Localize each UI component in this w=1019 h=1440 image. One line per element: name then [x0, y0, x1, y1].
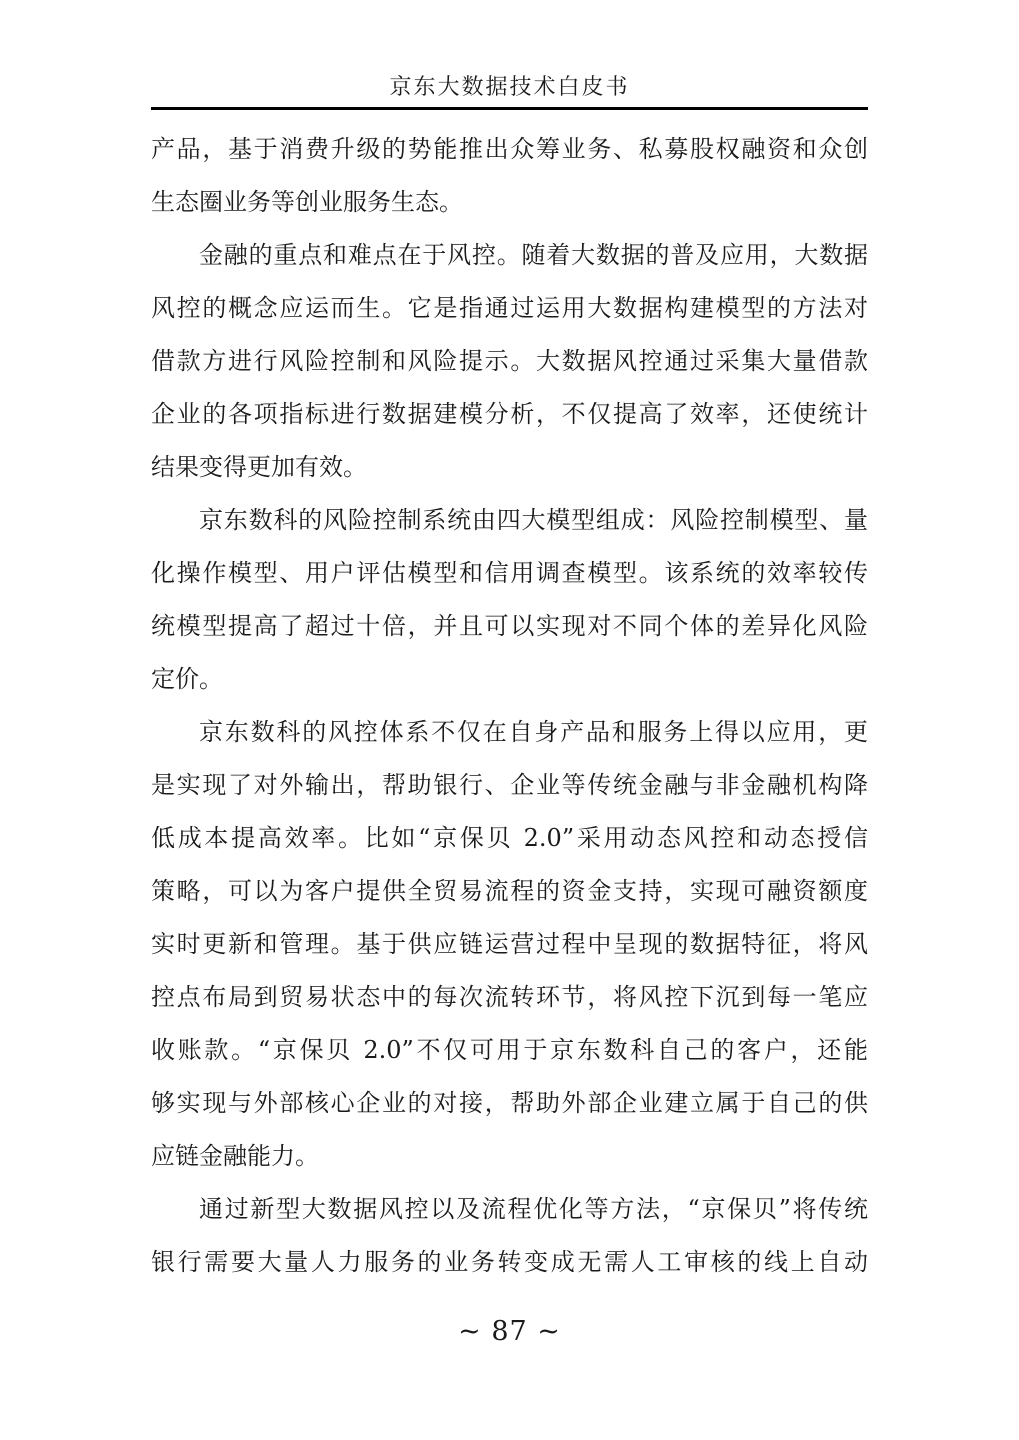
document-body: 产品，基于消费升级的势能推出众筹业务、私募股权融资和众创 生态圈业务等创业服务生… — [151, 123, 868, 1289]
text-line: 是实现了对外输出，帮助银行、企业等传统金融与非金融机构降 — [151, 759, 868, 812]
text-line: 定价。 — [151, 653, 868, 706]
paragraph: 京东数科的风险控制系统由四大模型组成：风险控制模型、量 化操作模型、用户评估模型… — [151, 494, 868, 706]
text-line: 收账款。“京保贝 2.0”不仅可用于京东数科自己的客户，还能 — [151, 1024, 868, 1077]
paragraph: 京东数科的风控体系不仅在自身产品和服务上得以应用，更 是实现了对外输出，帮助银行… — [151, 706, 868, 1183]
text-line: 统模型提高了超过十倍，并且可以实现对不同个体的差异化风险 — [151, 600, 868, 653]
text-line: 借款方进行风险控制和风险提示。大数据风控通过采集大量借款 — [151, 335, 868, 388]
header-rule — [151, 107, 868, 110]
text-line: 够实现与外部核心企业的对接，帮助外部企业建立属于自己的供 — [151, 1077, 868, 1130]
text-line: 银行需要大量人力服务的业务转变成无需人工审核的线上自动 — [151, 1236, 868, 1289]
paragraph: 金融的重点和难点在于风控。随着大数据的普及应用，大数据 风控的概念应运而生。它是… — [151, 229, 868, 494]
paragraph: 产品，基于消费升级的势能推出众筹业务、私募股权融资和众创 生态圈业务等创业服务生… — [151, 123, 868, 229]
text-line: 实时更新和管理。基于供应链运营过程中呈现的数据特征，将风 — [151, 918, 868, 971]
text-line: 低成本提高效率。比如“京保贝 2.0”采用动态风控和动态授信 — [151, 812, 868, 865]
text-line: 策略，可以为客户提供全贸易流程的资金支持，实现可融资额度 — [151, 865, 868, 918]
text-line: 京东数科的风控体系不仅在自身产品和服务上得以应用，更 — [151, 706, 868, 759]
page-footer: ~ 87 ~ — [0, 1316, 1019, 1347]
text-line: 化操作模型、用户评估模型和信用调查模型。该系统的效率较传 — [151, 547, 868, 600]
text-line: 通过新型大数据风控以及流程优化等方法，“京保贝”将传统 — [151, 1183, 868, 1236]
text-line: 风控的概念应运而生。它是指通过运用大数据构建模型的方法对 — [151, 282, 868, 335]
text-line: 控点布局到贸易状态中的每次流转环节，将风控下沉到每一笔应 — [151, 971, 868, 1024]
page-number: ~ 87 ~ — [458, 1316, 561, 1347]
text-line: 企业的各项指标进行数据建模分析，不仅提高了效率，还使统计 — [151, 388, 868, 441]
text-line: 金融的重点和难点在于风控。随着大数据的普及应用，大数据 — [151, 229, 868, 282]
paragraph: 通过新型大数据风控以及流程优化等方法，“京保贝”将传统 银行需要大量人力服务的业… — [151, 1183, 868, 1289]
text-line: 应链金融能力。 — [151, 1130, 868, 1183]
text-line: 京东数科的风险控制系统由四大模型组成：风险控制模型、量 — [151, 494, 868, 547]
document-page: 京东大数据技术白皮书 产品，基于消费升级的势能推出众筹业务、私募股权融资和众创 … — [0, 0, 1019, 1440]
header-title: 京东大数据技术白皮书 — [0, 70, 1019, 101]
text-line: 生态圈业务等创业服务生态。 — [151, 176, 868, 229]
text-line: 产品，基于消费升级的势能推出众筹业务、私募股权融资和众创 — [151, 123, 868, 176]
text-line: 结果变得更加有效。 — [151, 441, 868, 494]
